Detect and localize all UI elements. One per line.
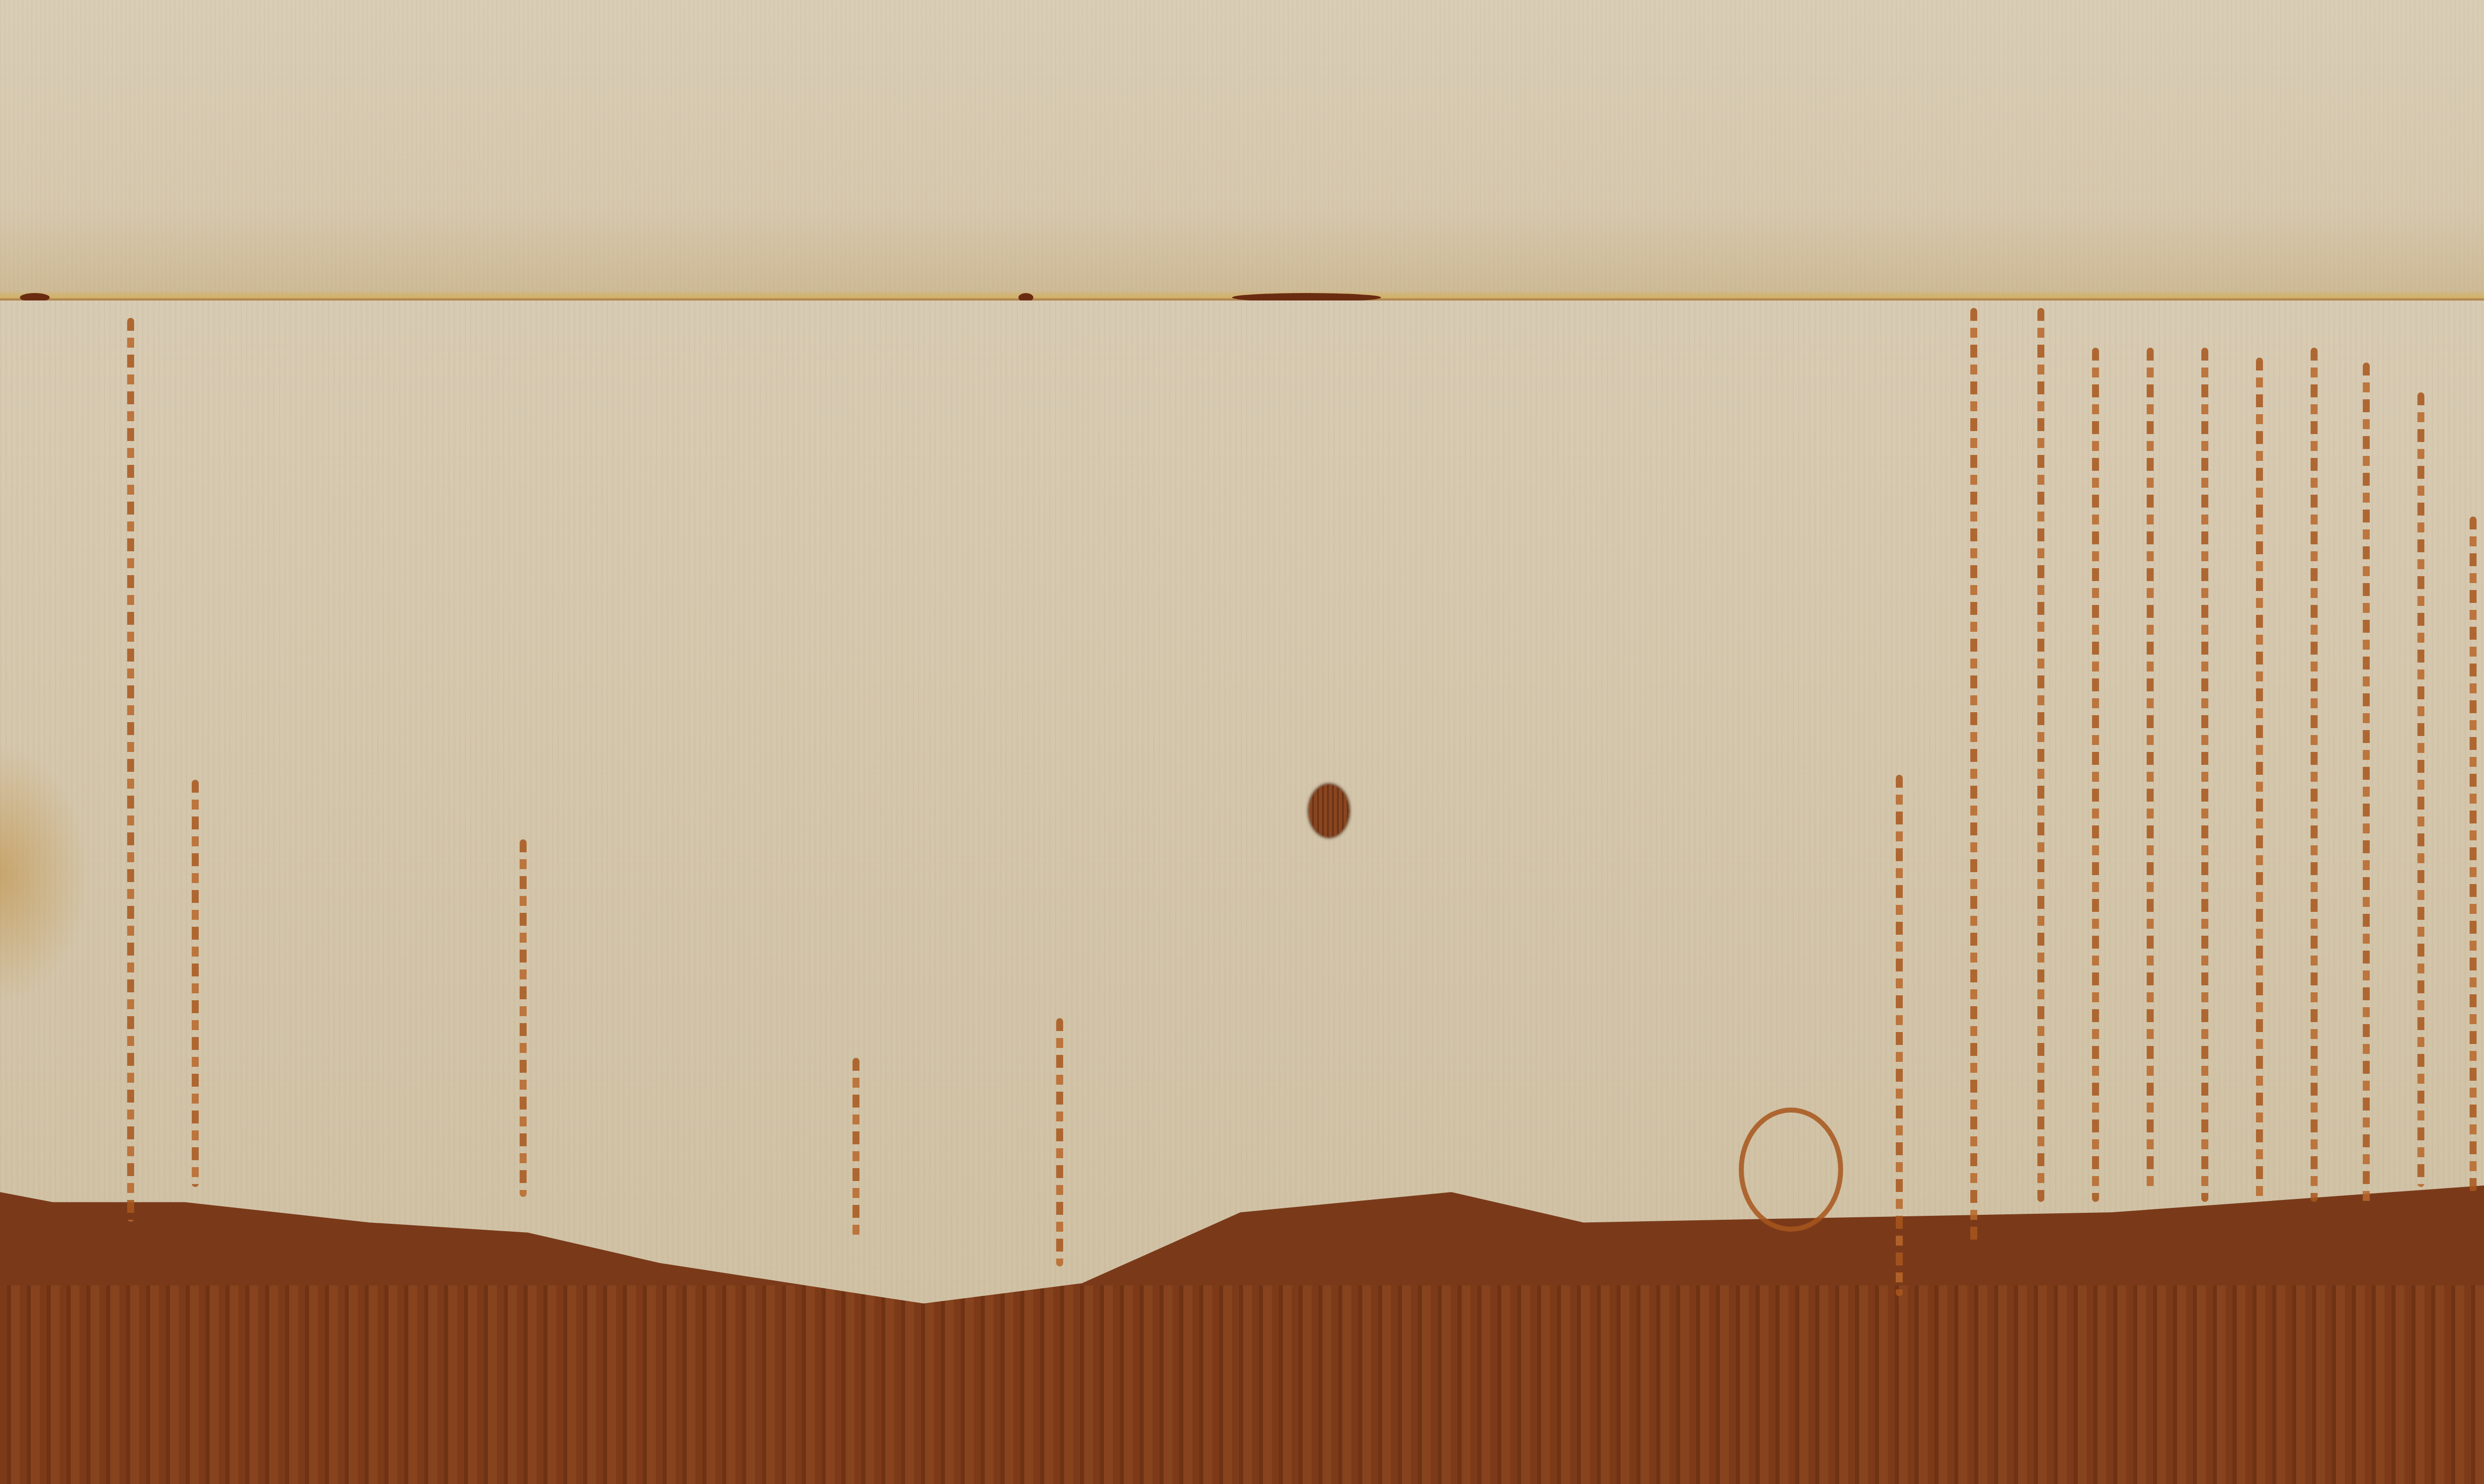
ink-line (2256, 358, 2263, 1202)
ink-line (2037, 308, 2044, 1202)
upper-leaf (0, 0, 2484, 298)
signature-1 (520, 839, 527, 1197)
ink-line (1970, 308, 1977, 1242)
ink-line (2201, 348, 2208, 1202)
endorsement-line (192, 780, 199, 1187)
paper-hole (1309, 785, 1349, 837)
ink-line (1896, 775, 1903, 1296)
endorsement-line (127, 318, 134, 1222)
ink-line (2092, 348, 2099, 1202)
manuscript-photo: Photograph of a folded historical handwr… (0, 0, 2484, 1484)
main-sheet (0, 300, 2484, 1314)
stain (0, 745, 89, 1003)
ink-line (2363, 363, 2370, 1207)
ink-line (2311, 348, 2318, 1202)
ink-line (2470, 517, 2477, 1192)
circled-mark (1739, 1108, 1843, 1232)
signature-3 (1056, 1018, 1063, 1266)
ink-line (2147, 348, 2154, 1192)
signature-2 (853, 1058, 859, 1237)
ink-line (2417, 392, 2424, 1187)
